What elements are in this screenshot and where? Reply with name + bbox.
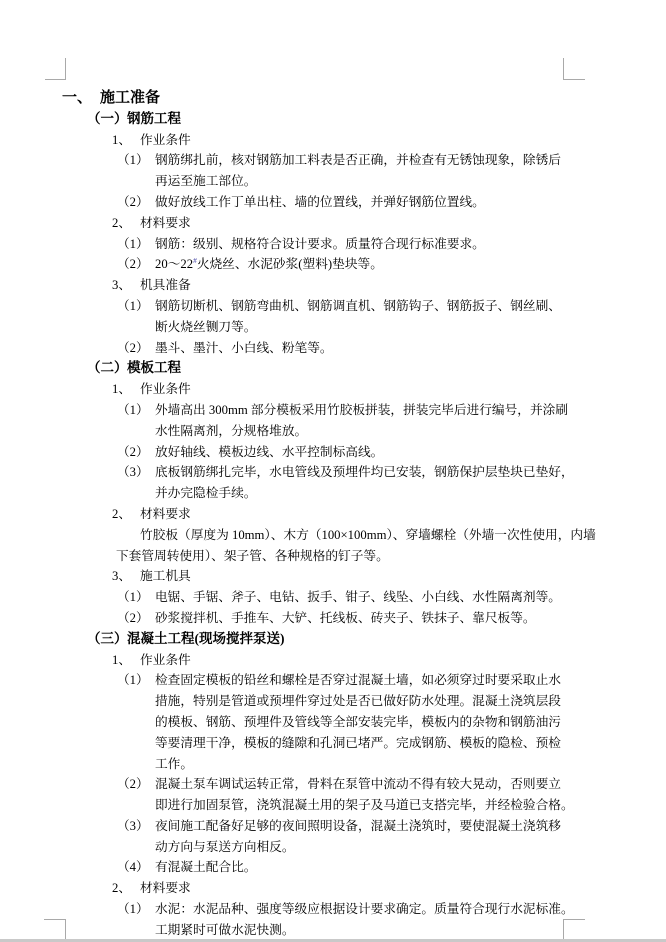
paragraph-list-item: （2）砂浆搅拌机、手推车、大铲、托线板、砖夹子、铁抹子、靠尺板等。 [0,608,666,629]
item-text: 混凝土泵车调试运转正常，骨料在泵管中流动不得有较大晃动，否则要立 即进行加固泵管… [155,774,574,816]
item-number: 1、 [112,379,140,400]
item-text: 检查固定模板的铅丝和螺栓是否穿过混凝土墙，如必须穿过时要采取止水 措施，特别是管… [155,670,561,774]
paragraph-numbered-heading: 3、机具准备 [0,275,666,296]
paragraph-numbered-heading: 1、作业条件 [0,650,666,671]
item-number: （1） [117,296,155,317]
item-number: （1） [117,234,155,255]
item-number: 3、 [112,566,140,587]
crop-mark-top-left [45,58,66,80]
item-number: （3） [117,816,155,837]
item-text: 施工机具 [140,566,191,587]
paragraph-list-item: （1）外墙高出 300mm 部分模板采用竹胶板拼装，拼装完毕后进行编号，并涂刷 … [0,400,666,442]
paragraph-section-heading: （三）混凝土工程(现场搅拌泵送) [0,629,666,650]
paragraph-numbered-heading: 2、材料要求 [0,878,666,899]
paragraph-section-heading: （一）钢筋工程 [0,109,666,130]
item-number: （三） [87,629,127,650]
item-text: 墨斗、墨汁、小白线、粉笔等。 [155,338,333,359]
item-number: （2） [117,608,155,629]
paragraph-list-item: （2）墨斗、墨汁、小白线、粉笔等。 [0,338,666,359]
item-text: 作业条件 [140,650,191,671]
item-text: 外墙高出 300mm 部分模板采用竹胶板拼装，拼装完毕后进行编号，并涂刷 水性隔… [155,400,568,442]
paragraph-list-item: （4）有混凝土配合比。 [0,857,666,878]
item-text: 材料要求 [140,878,191,899]
item-number: （2） [117,442,155,463]
item-number: 1、 [112,650,140,671]
item-text: 放好轴线、模板边线、水平控制标高线。 [155,442,383,463]
item-number: （1） [117,587,155,608]
item-text: 钢筋切断机、钢筋弯曲机、钢筋调直机、钢筋钩子、钢筋扳子、钢丝刷、 断火烧丝铡刀等… [155,296,561,338]
item-text: 有混凝土配合比。 [155,857,257,878]
paragraph-body-paragraph: 竹胶板（厚度为 10mm）、木方（100×100mm）、穿墙螺栓（外墙一次性使用… [0,525,666,567]
paragraph-list-item: （2）做好放线工作丁单出柱、墙的位置线，并弹好钢筋位置线。 [0,192,666,213]
item-text: 20～22#火烧丝、水泥砂浆(塑料)垫块等。 [155,254,383,275]
paragraph-list-item: （1）检查固定模板的铅丝和螺栓是否穿过混凝土墙，如必须穿过时要采取止水 措施，特… [0,670,666,774]
item-text: 作业条件 [140,130,191,151]
document-page: 一、施工准备（一）钢筋工程1、作业条件（1）钢筋绑扎前，核对钢筋加工料表是否正确… [0,0,666,942]
item-text: 钢筋：级别、规格符合设计要求。质量符合现行标准要求。 [155,234,485,255]
item-number: （2） [117,338,155,359]
crop-mark-top-right [563,58,585,80]
item-number: （1） [117,899,155,920]
paragraph-list-item: （2）混凝土泵车调试运转正常，骨料在泵管中流动不得有较大晃动，否则要立 即进行加… [0,774,666,816]
item-text-segment: 火烧丝、水泥砂浆(塑料)垫块等。 [197,257,383,271]
item-text: 钢筋工程 [127,109,181,130]
paragraph-section-heading: （二）模板工程 [0,358,666,379]
paragraph-list-item: （1）水泥：水泥品种、强度等级应根据设计要求确定。质量符合现行水泥标准。 工期紧… [0,899,666,941]
document-body: 一、施工准备（一）钢筋工程1、作业条件（1）钢筋绑扎前，核对钢筋加工料表是否正确… [0,88,666,941]
item-text: 砂浆搅拌机、手推车、大铲、托线板、砖夹子、铁抹子、靠尺板等。 [155,608,536,629]
paragraph-list-item: （1）钢筋切断机、钢筋弯曲机、钢筋调直机、钢筋钩子、钢筋扳子、钢丝刷、 断火烧丝… [0,296,666,338]
item-text: 底板钢筋绑扎完毕，水电管线及预埋件均已安装，钢筋保护层垫块已垫好， 并办完隐检手… [155,462,574,504]
paragraph-list-item: （1）电锯、手锯、斧子、电钻、扳手、钳子、线坠、小白线、水性隔离剂等。 [0,587,666,608]
item-number: （二） [87,358,127,379]
item-number: 2、 [112,878,140,899]
item-text: 夜间施工配备好足够的夜间照明设备，混凝土浇筑时，要使混凝土浇筑移 动方向与泵送方… [155,816,561,858]
paragraph-numbered-heading: 3、施工机具 [0,566,666,587]
item-number: （4） [117,857,155,878]
item-text: 混凝土工程(现场搅拌泵送) [127,629,285,650]
item-number: 1、 [112,130,140,151]
item-number: （一） [87,109,127,130]
item-number: （2） [117,192,155,213]
item-number: （1） [117,150,155,171]
item-text: 机具准备 [140,275,191,296]
item-number: （3） [117,462,155,483]
item-text: 电锯、手锯、斧子、电钻、扳手、钳子、线坠、小白线、水性隔离剂等。 [155,587,561,608]
paragraph-list-item: （1）钢筋：级别、规格符合设计要求。质量符合现行标准要求。 [0,234,666,255]
item-number: （1） [117,400,155,421]
item-text: 材料要求 [140,213,191,234]
item-text: 材料要求 [140,504,191,525]
paragraph-heading-level-1: 一、施工准备 [0,88,666,109]
item-text: 施工准备 [100,88,160,109]
paragraph-numbered-heading: 1、作业条件 [0,379,666,400]
item-text: 做好放线工作丁单出柱、墙的位置线，并弹好钢筋位置线。 [155,192,485,213]
item-number: （1） [117,670,155,691]
paragraph-numbered-heading: 1、作业条件 [0,130,666,151]
paragraph-list-item: （2）20～22#火烧丝、水泥砂浆(塑料)垫块等。 [0,254,666,275]
paragraph-list-item: （2）放好轴线、模板边线、水平控制标高线。 [0,442,666,463]
item-number: 3、 [112,275,140,296]
paragraph-numbered-heading: 2、材料要求 [0,504,666,525]
item-text: 模板工程 [127,358,181,379]
paragraph-list-item: （3）夜间施工配备好足够的夜间照明设备，混凝土浇筑时，要使混凝土浇筑移 动方向与… [0,816,666,858]
item-text: 水泥：水泥品种、强度等级应根据设计要求确定。质量符合现行水泥标准。 工期紧时可做… [155,899,574,941]
item-number: 2、 [112,213,140,234]
item-number: （2） [117,774,155,795]
paragraph-list-item: （3）底板钢筋绑扎完毕，水电管线及预埋件均已安装，钢筋保护层垫块已垫好， 并办完… [0,462,666,504]
paragraph-list-item: （1）钢筋绑扎前，核对钢筋加工料表是否正确，并检查有无锈蚀现象，除锈后 再运至施… [0,150,666,192]
item-number: 2、 [112,504,140,525]
item-text-segment: 20～22 [155,257,193,271]
item-text: 作业条件 [140,379,191,400]
paragraph-numbered-heading: 2、材料要求 [0,213,666,234]
item-text: 钢筋绑扎前，核对钢筋加工料表是否正确，并检查有无锈蚀现象，除锈后 再运至施工部位… [155,150,561,192]
item-number: （2） [117,254,155,275]
item-number: 一、 [62,88,100,109]
